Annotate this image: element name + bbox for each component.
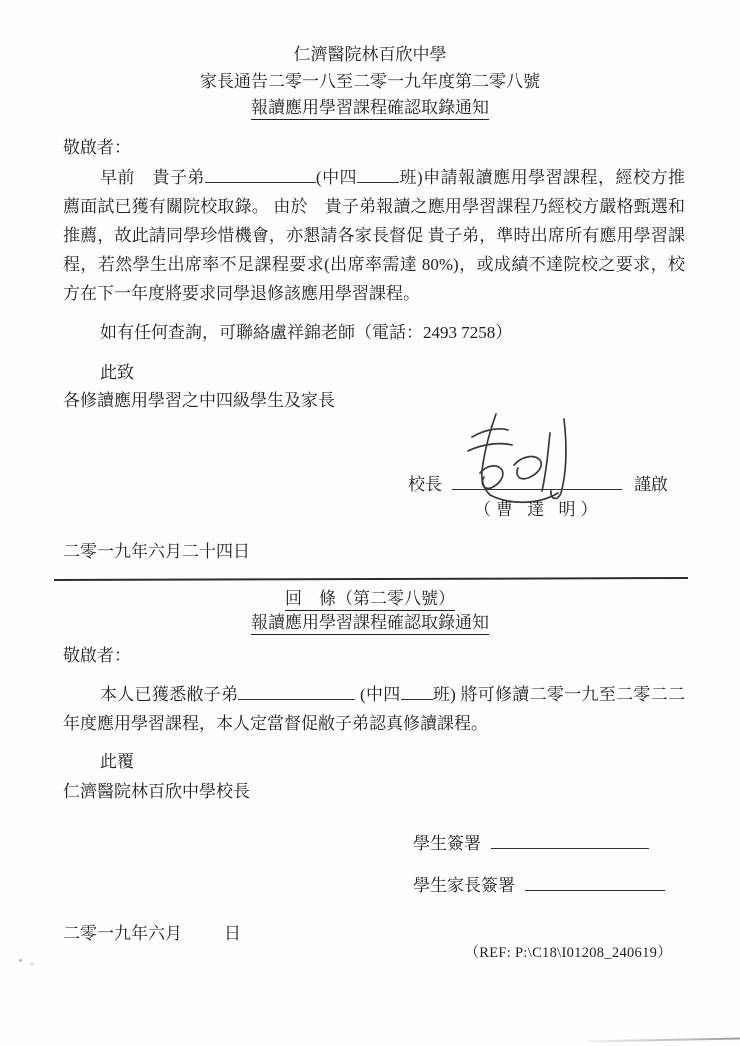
reply-slip-subtitle-text: 報讀應用學習課程確認取錄通知 <box>251 613 489 635</box>
reply-slip-title: 回 條（第二零八號） <box>0 587 740 611</box>
reply-salutation: 敬啟者： <box>63 641 131 666</box>
reply-paragraph: 本人已獲悉敝子弟 (中四班) 將可修讀二零一九至二零二二年度應用學習課程，本人定… <box>63 680 685 738</box>
contact-line: 如有任何查詢，可聯絡盧祥錦老師（電話：2493 7258） <box>100 318 512 343</box>
reply-slip-subtitle: 報讀應用學習課程確認取錄通知 <box>0 611 740 635</box>
student-name-blank <box>205 167 316 183</box>
paragraph-class-prefix: (中四 <box>316 168 357 187</box>
reply-paragraph-class-prefix: (中四 <box>360 685 401 704</box>
principal-role-label: 校長 <box>408 470 442 495</box>
reply-paragraph-prefix: 本人已獲悉敝子弟 <box>100 685 238 704</box>
notice-header: 仁濟醫院林百欣中學 家長通告二零一八至二零一九年度第二零八號 報讀應用學習課程確… <box>0 42 740 122</box>
reply-class-blank <box>401 684 433 700</box>
scanned-notice-page: 仁濟醫院林百欣中學 家長通告二零一八至二零一九年度第二零八號 報讀應用學習課程確… <box>0 0 740 1046</box>
notice-title: 報讀應用學習課程確認取錄通知 <box>0 95 740 122</box>
salutation: 敬啟者： <box>63 133 131 158</box>
parent-signature-row: 學生家長簽署 <box>413 871 665 896</box>
notice-paragraph: 早前 貴子弟(中四班)申請報讀應用學習課程，經校方推薦面試已獲有關院校取錄。 由… <box>63 163 685 308</box>
reply-student-name-blank <box>238 684 355 700</box>
respectfully-label: 謹啟 <box>634 470 668 495</box>
reply-closing: 此覆 <box>100 747 134 772</box>
scan-artifact-dot <box>31 963 33 965</box>
paragraph-suffix: 班)申請報讀應用學習課程，經校方推薦面試已獲有關院校取錄。 由於 貴子弟報讀之應… <box>63 168 685 303</box>
school-name: 仁濟醫院林百欣中學 <box>0 42 740 69</box>
reply-slip-header: 回 條（第二零八號） 報讀應用學習課程確認取錄通知 <box>0 587 740 634</box>
parent-signature-blank <box>525 875 665 891</box>
paragraph-prefix: 早前 貴子弟 <box>100 168 205 187</box>
student-signature-blank <box>491 833 649 849</box>
notice-date: 二零一九年六月二十四日 <box>63 537 250 562</box>
notice-number: 家長通告二零一八至二零一九年度第二零八號 <box>0 69 740 96</box>
principal-name: （曹 達 明） <box>474 495 603 520</box>
class-blank <box>357 167 399 183</box>
closing: 此致 <box>100 358 134 383</box>
student-signature-row: 學生簽署 <box>413 829 649 854</box>
parent-signature-label: 學生家長簽署 <box>413 876 515 895</box>
reply-slip-title-text: 回 條（第二零八號） <box>285 589 455 611</box>
principal-signature-line <box>452 489 622 490</box>
scan-artifact-dot <box>19 959 22 962</box>
ref-code: （REF: P:\C18\I01208_240619） <box>0 941 672 962</box>
reply-addressee: 仁濟醫院林百欣中學校長 <box>63 777 250 802</box>
addressee: 各修讀應用學習之中四級學生及家長 <box>63 386 335 411</box>
scan-artifact-line <box>588 1038 740 1043</box>
student-signature-label: 學生簽署 <box>413 834 481 853</box>
section-divider <box>54 577 688 581</box>
notice-title-text: 報讀應用學習課程確認取錄通知 <box>251 98 489 120</box>
